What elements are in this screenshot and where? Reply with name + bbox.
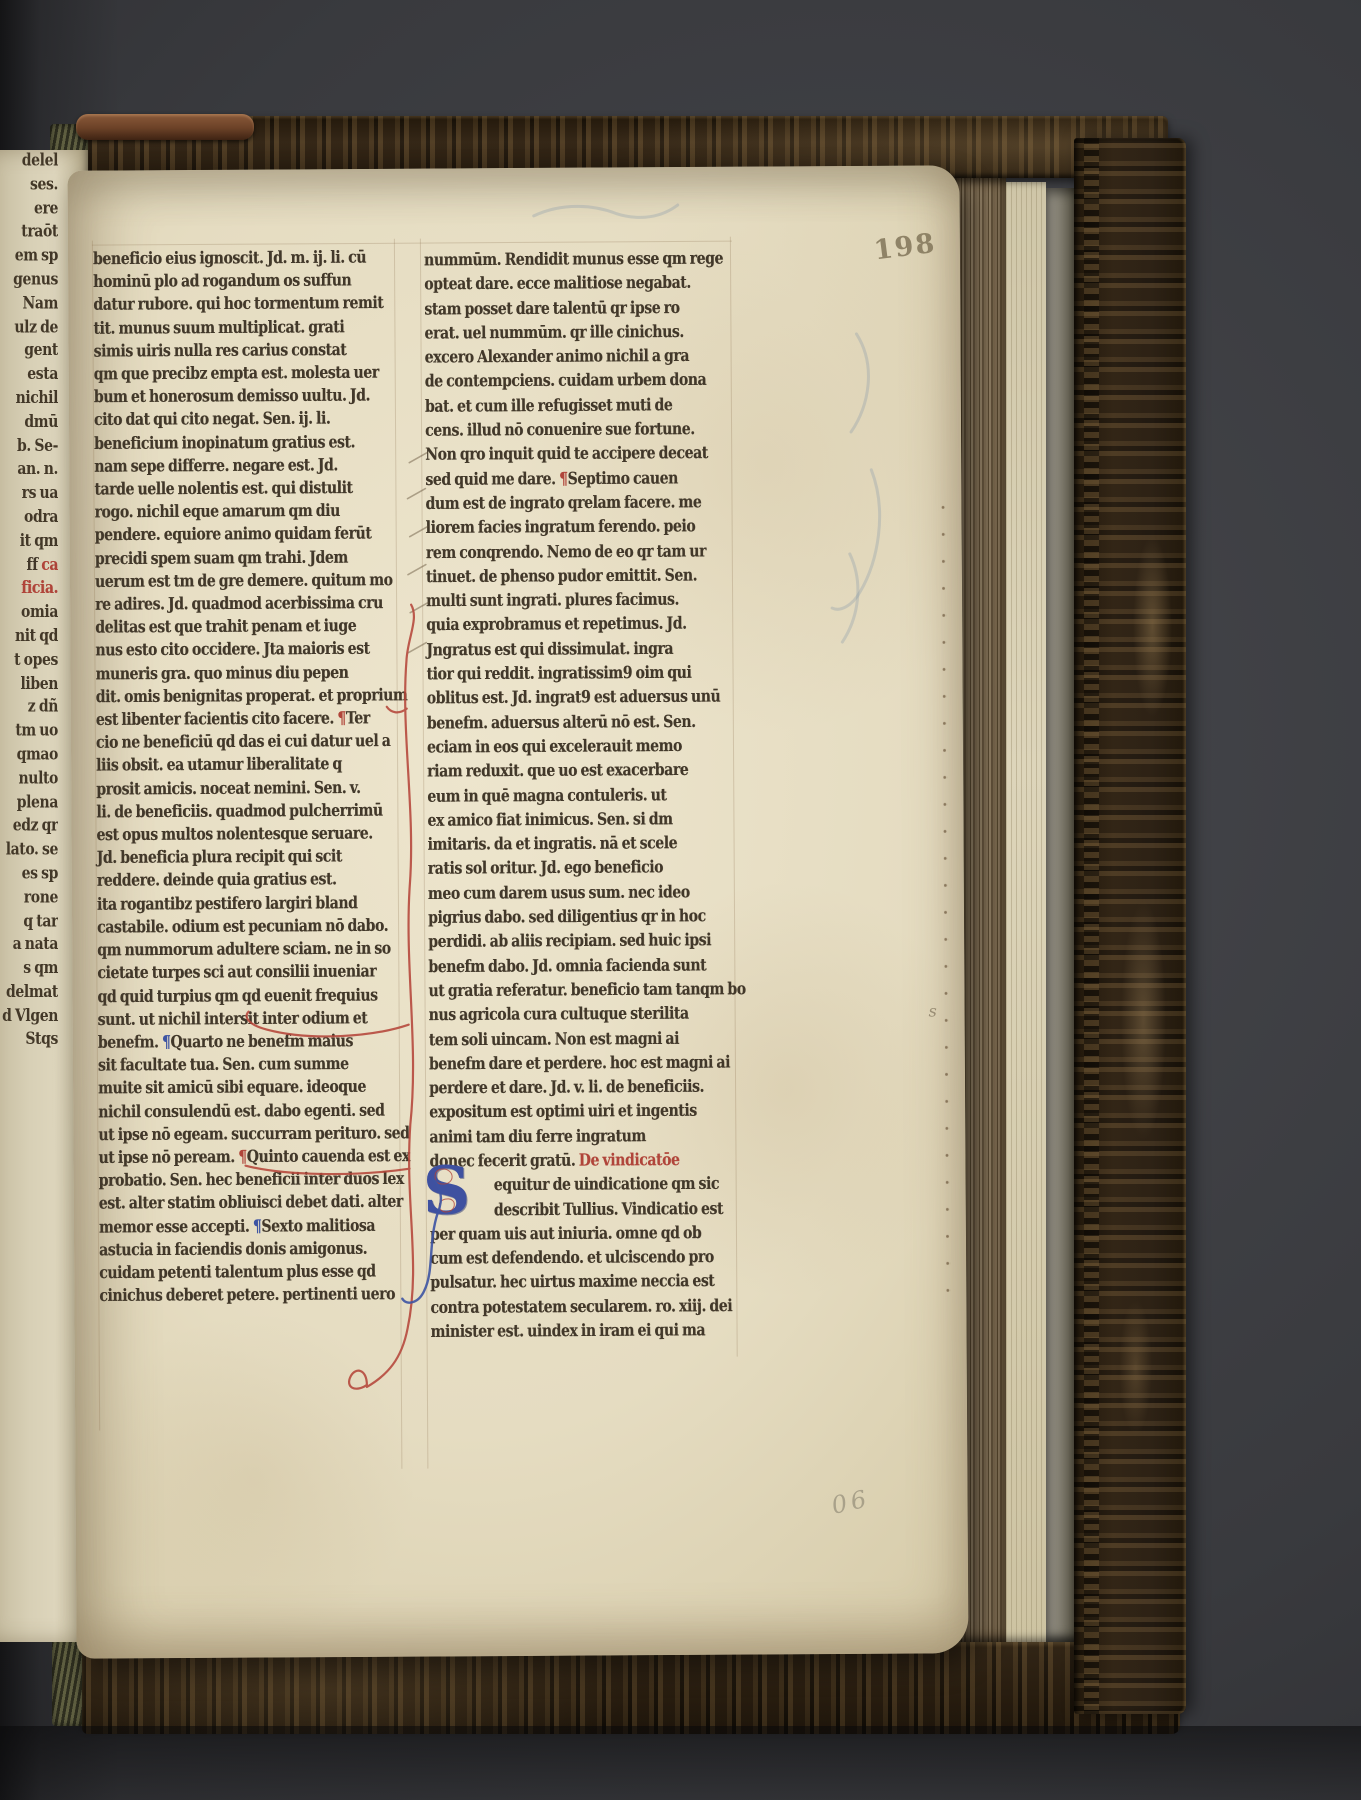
text-line: benefm. ¶Quarto ne benefm maius [98,1030,403,1055]
text-line: ratis sol oritur. Jd. ego beneficio [428,856,738,882]
text-line: oblitus est. Jd. ingrat9 est aduersus un… [427,685,737,711]
text-line: ut ipse nō peream. ¶Quinto cauenda est e… [98,1145,403,1170]
text-line: dum est de ingrato qrelam facere. me [425,490,735,516]
text-line: traōt [0,221,58,245]
embossed-roll-pattern [1084,138,1099,1714]
spine-rod [76,114,254,140]
text-line: re adires. Jd. quadmod acerbissima cru [95,592,400,617]
text-line: tit. munus suum multiplicat. grati [93,316,398,341]
text-line: liis obsit. ea utamur liberalitate q [96,754,401,779]
text-line: stam posset dare talentū qr ipse ro [424,295,734,321]
text-line: cito dat qui cito negat. Sen. ij. li. [94,408,399,433]
folio-number: 198 [872,228,938,267]
text-line: eum in quē magna contuleris. ut [427,782,737,808]
text-line: benefm. aduersus alterū nō est. Sen. [427,709,737,735]
text-line: delitas est que trahit penam et iuge [95,615,400,640]
text-line: qm nummorum adultere sciam. ne in so [97,938,402,963]
text-line: qd quid turpius qm qd euenit frequius [97,984,402,1009]
text-line: astucia in faciendis donis amigonus. [99,1238,404,1263]
text-line: nit qd [0,625,58,649]
text-line: qm que precibz empta est. molesta uer [94,362,399,387]
text-line: nus esto cito occidere. Jta maioris est [95,638,400,663]
text-line: pulsatur. hec uirtus maxime neccia est [430,1270,740,1296]
text-line: t opes [0,649,58,673]
text-line: tarde uelle nolentis est. qui distulit [94,477,399,502]
text-line: pendere. equiore animo quidam ferūt [95,523,400,548]
text-line: cens. illud nō conuenire sue fortune. [425,417,735,443]
text-line: s qm [0,958,58,982]
text-line: plena [0,791,58,815]
text-line: cietate turpes sci aut consilii inueniar [97,961,402,986]
text-line: it qm [0,530,58,554]
text-line: tior qui reddit. ingratissim9 oim qui [426,661,736,687]
text-line: muneris gra. quo minus diu pepen [95,662,400,687]
text-line: simis uiris nulla res carius constat [94,339,399,364]
text-line: Jngratus est qui dissimulat. ingra [426,636,736,662]
text-line: sit facultate tua. Sen. cum summe [98,1053,403,1078]
book-cover-right-border [1074,138,1186,1714]
text-line: q tar [0,910,58,934]
text-line: nummūm. Rendidit munus esse qm rege [424,247,734,273]
text-line: sed quid me dare. ¶Septimo cauen [425,466,735,492]
text-line: rs ua [0,483,58,507]
text-line: bum et honerosum demisso uultu. Jd. [94,385,399,410]
text-line: cio ne beneficiū qd das ei cui datur uel… [96,731,401,756]
text-line: est libenter facientis cito facere. ¶Ter [96,708,401,733]
text-line: multi sunt ingrati. plures facimus. [426,588,736,614]
page-stack-edges [1006,182,1046,1644]
text-line: datur rubore. qui hoc tormentum remit [93,293,398,318]
text-line: nus agricola cura cultuque sterilita [429,1002,739,1028]
text-line: genus [0,269,58,293]
text-line: ficia. [0,578,58,602]
text-line: est opus multos nolentesque seruare. [96,823,401,848]
text-line: ex amico fiat inimicus. Sen. si dm [427,807,737,833]
text-line: eciam in eos qui excelerauit memo [427,734,737,760]
text-line: prosit amicis. noceat nemini. Sen. v. [96,777,401,802]
text-line: rem conqrendo. Nemo de eo qr tam ur [426,539,736,565]
text-line: lato. se [0,839,58,863]
text-line: li. de beneficiis. quadmod pulcherrimū [96,800,401,825]
text-line: animi tam diu ferre ingratum [429,1123,739,1149]
text-line: rone [0,886,58,910]
text-line: ut gratia referatur. beneficio tam tanqm… [428,977,738,1003]
text-line: cinichus deberet petere. pertinenti uero [99,1284,404,1309]
text-line: ulz de [0,316,58,340]
text-line: delmat [0,981,58,1005]
text-line: beneficium inopinatum gratius est. [94,431,399,456]
text-line: sunt. ut nichil intersit inter odium et [98,1007,403,1032]
initial-letter: S [422,1150,470,1230]
text-line: ses. [0,174,58,198]
text-line: nulto [0,768,58,792]
text-line: z dñ [0,696,58,720]
text-line: excero Alexander animo nichil a gra [425,344,735,370]
text-line: cum est defendendo. et ulciscendo pro [430,1245,740,1271]
ruling-line [92,241,732,246]
text-line: probatio. Sen. hec beneficii inter duos … [99,1168,404,1193]
text-line: erat. uel nummūm. qr ille cinichus. [424,320,734,346]
text-line: b. Se- [0,435,58,459]
text-line: minister est. uindex in iram ei qui ma [430,1318,740,1344]
text-line: omia [0,601,58,625]
text-line: tem soli uincam. Non est magni ai [429,1026,739,1052]
text-line: hominū plo ad rogandum os suffun [93,270,398,295]
text-line: nichil consulendū est. dabo egenti. sed [98,1099,403,1124]
text-line: contra potestatem secularem. ro. xiij. d… [430,1294,740,1320]
text-line: delel [0,150,58,174]
text-line: nichil [0,388,58,412]
text-line: meo cum darem usus sum. nec ideo [428,880,738,906]
text-line: edz qr [0,815,58,839]
text-line: dit. omis benignitas properat. et propri… [96,685,401,710]
shadow [0,1726,1361,1800]
margin-mark: s [929,1001,937,1020]
text-line: liorem facies ingratum ferendo. peio [426,515,736,541]
text-line: memor esse accepti. ¶Sexto malitiosa [99,1215,404,1240]
text-line: an. n. [0,459,58,483]
text-line: perdidi. ab aliis recipiam. sed huic ips… [428,929,738,955]
text-column-left: beneficio eius ignoscit. Jd. m. ij. li. … [93,247,404,1309]
text-line: muite sit amicū sibi equare. ideoque [98,1076,403,1101]
text-line: est. alter statim obliuisci debet dati. … [99,1191,404,1216]
text-line: d Vlgen [0,1005,58,1029]
text-line: tm uo [0,720,58,744]
text-line: odra [0,506,58,530]
text-line: nam sepe differre. negare est. Jd. [94,454,399,479]
text-line: imitaris. da et ingratis. nā et scele [428,831,738,857]
penwork-decoration [435,1168,453,1184]
text-line: quia exprobramus et repetimus. Jd. [426,612,736,638]
text-line: perdere et dare. Jd. v. li. de beneficii… [429,1075,739,1101]
text-line: cuidam petenti talentum plus esse qd [99,1261,404,1286]
manuscript-photograph: delelses.eretraōtem spgenusNamulz degent… [0,0,1361,1800]
text-line: em sp [0,245,58,269]
text-line: opteat dare. ecce malitiose negabat. [424,271,734,297]
text-line: uerum est tm de gre demere. quitum mo [95,569,400,594]
parchment-page: 198 beneficio eius ignoscit. Jd. m. ij. … [67,165,968,1658]
illuminated-initial-S: S [422,1150,487,1236]
text-line: castabile. odium est pecuniam nō dabo. [97,915,402,940]
text-line: benefm dare et perdere. hoc est magni ai [429,1050,739,1076]
text-line: riam reduxit. que uo est exacerbare [427,758,737,784]
text-line: expositum est optimi uiri et ingentis [429,1099,739,1125]
text-line: bat. et cum ille refugisset muti de [425,393,735,419]
text-line: rogo. nichil eque amarum qm diu [94,500,399,525]
text-line: reddere. deinde quia gratius est. [97,869,402,894]
pricking-holes [942,505,951,1305]
text-line: ere [0,198,58,222]
text-line: Non qro inquit quid te accipere deceat [425,442,735,468]
pencil-inscription: 06 [829,1484,873,1520]
text-line: ut ipse nō egeam. succurram perituro. se… [98,1122,403,1147]
text-line: Stqs [0,1029,58,1053]
text-line: liben [0,673,58,697]
text-line: qmao [0,744,58,768]
text-line: dmū [0,411,58,435]
text-line: de contempciens. cuidam urbem dona [425,368,735,394]
text-line: a nata [0,934,58,958]
text-line: Nam [0,293,58,317]
text-line: precidi spem suam qm trahi. Jdem [95,546,400,571]
text-line: ff ca [0,554,58,578]
text-line: pigrius dabo. sed diligentius qr in hoc [428,904,738,930]
text-line: beneficio eius ignoscit. Jd. m. ij. li. … [93,247,398,272]
text-line: Jd. beneficia plura recipit qui scit [97,846,402,871]
text-line: gent [0,340,58,364]
text-line: ita rogantibz pestifero largiri bland [97,892,402,917]
text-line: benefm dabo. Jd. omnia facienda sunt [428,953,738,979]
facing-page-text-fragments: delelses.eretraōtem spgenusNamulz degent… [0,150,58,1053]
text-line: esta [0,364,58,388]
text-line: es sp [0,863,58,887]
text-line: tinuet. de phenso pudor emittit. Sen. [426,563,736,589]
